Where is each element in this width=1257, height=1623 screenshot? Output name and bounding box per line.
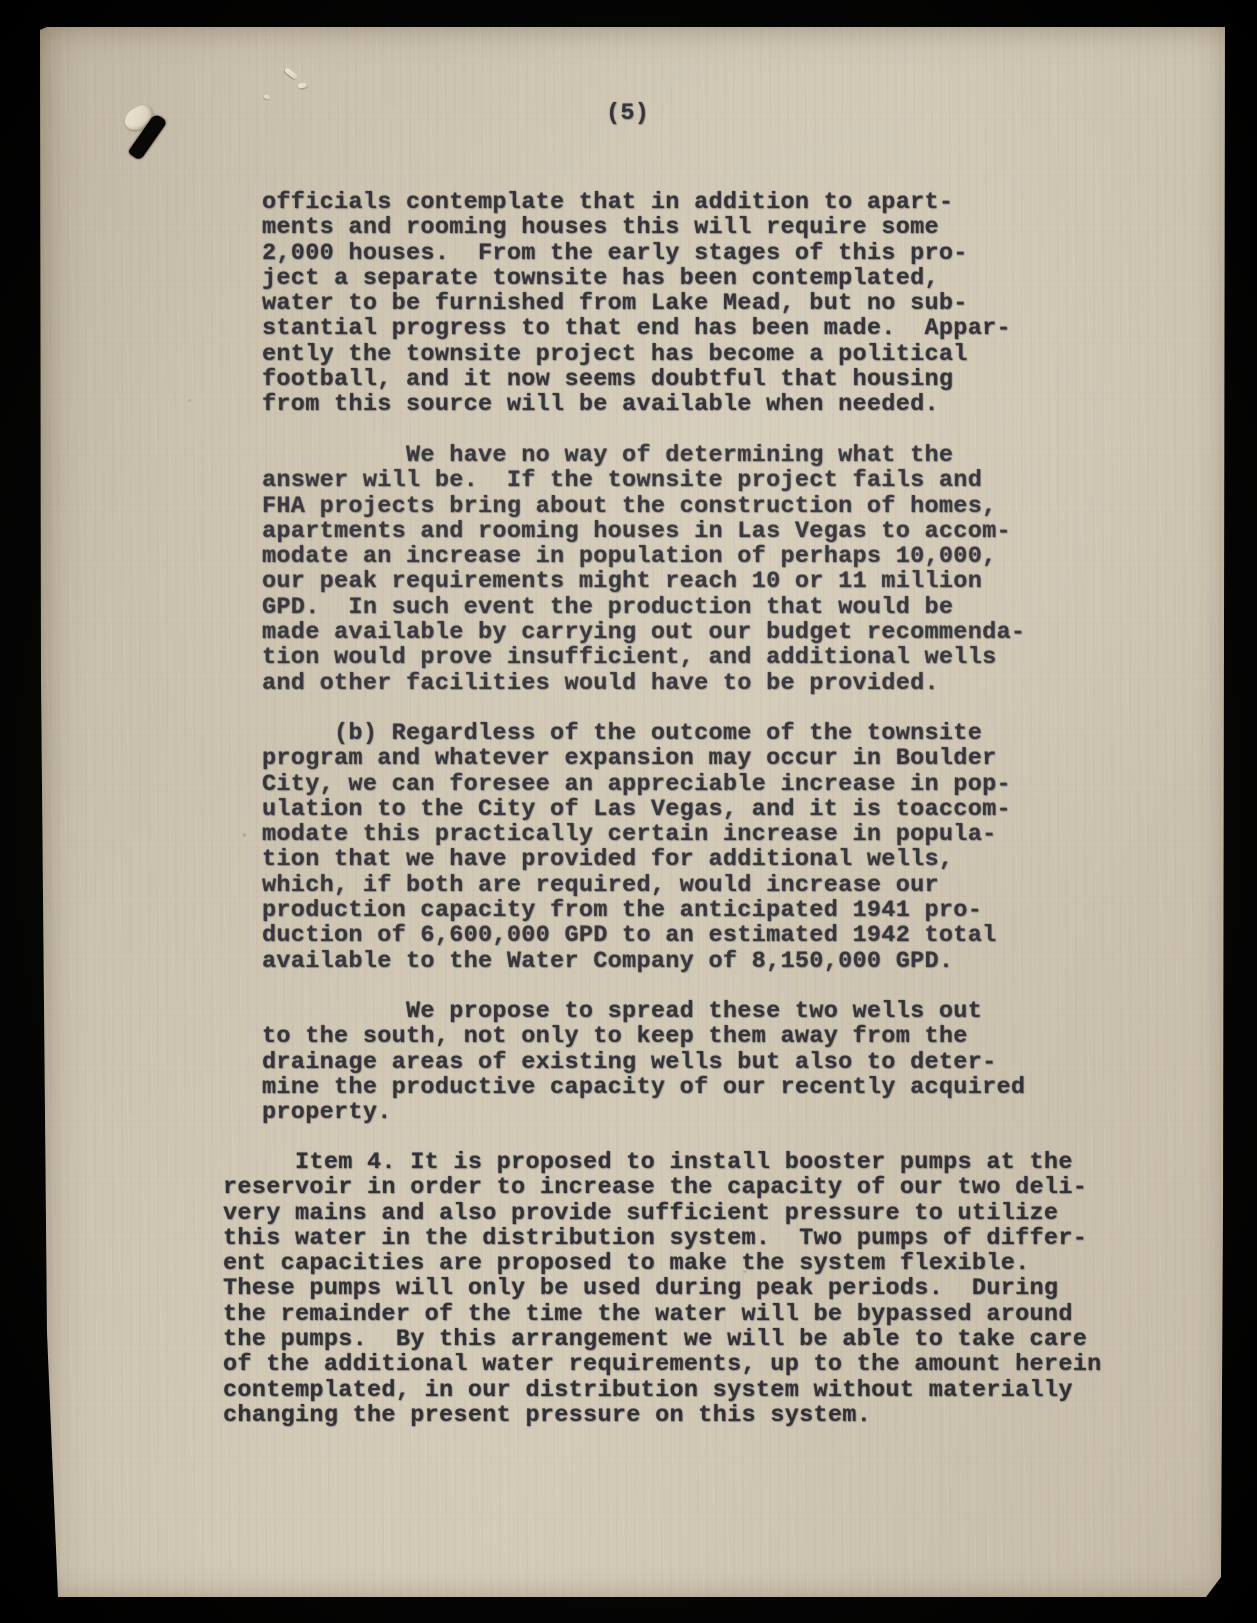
paper-blemish	[258, 69, 318, 109]
paragraph-item-4-booster-pumps: Item 4. It is proposed to install booste…	[223, 1150, 1102, 1428]
page-number: (5)	[606, 101, 649, 126]
paper-speck	[243, 833, 246, 837]
paragraph-officials-contemplate: officials contemplate that in addition t…	[262, 190, 1011, 418]
paragraph-b-regardless: (b) Regardless of the outcome of the tow…	[262, 721, 1011, 974]
paper-nick	[284, 67, 298, 80]
paper-nick	[263, 94, 270, 100]
paper-speck	[188, 399, 191, 402]
paragraph-no-way-of-determining: We have no way of determining what the a…	[262, 443, 1025, 696]
paragraph-we-propose: We propose to spread these two wells out…	[262, 999, 1025, 1125]
document-page: (5) officials contemplate that in additi…	[40, 27, 1225, 1597]
punch-tear-mark	[118, 99, 188, 179]
paper-nick	[298, 82, 308, 89]
scanned-document-screenshot: { "colors":{ "scan_background":"#070706"…	[0, 0, 1257, 1623]
